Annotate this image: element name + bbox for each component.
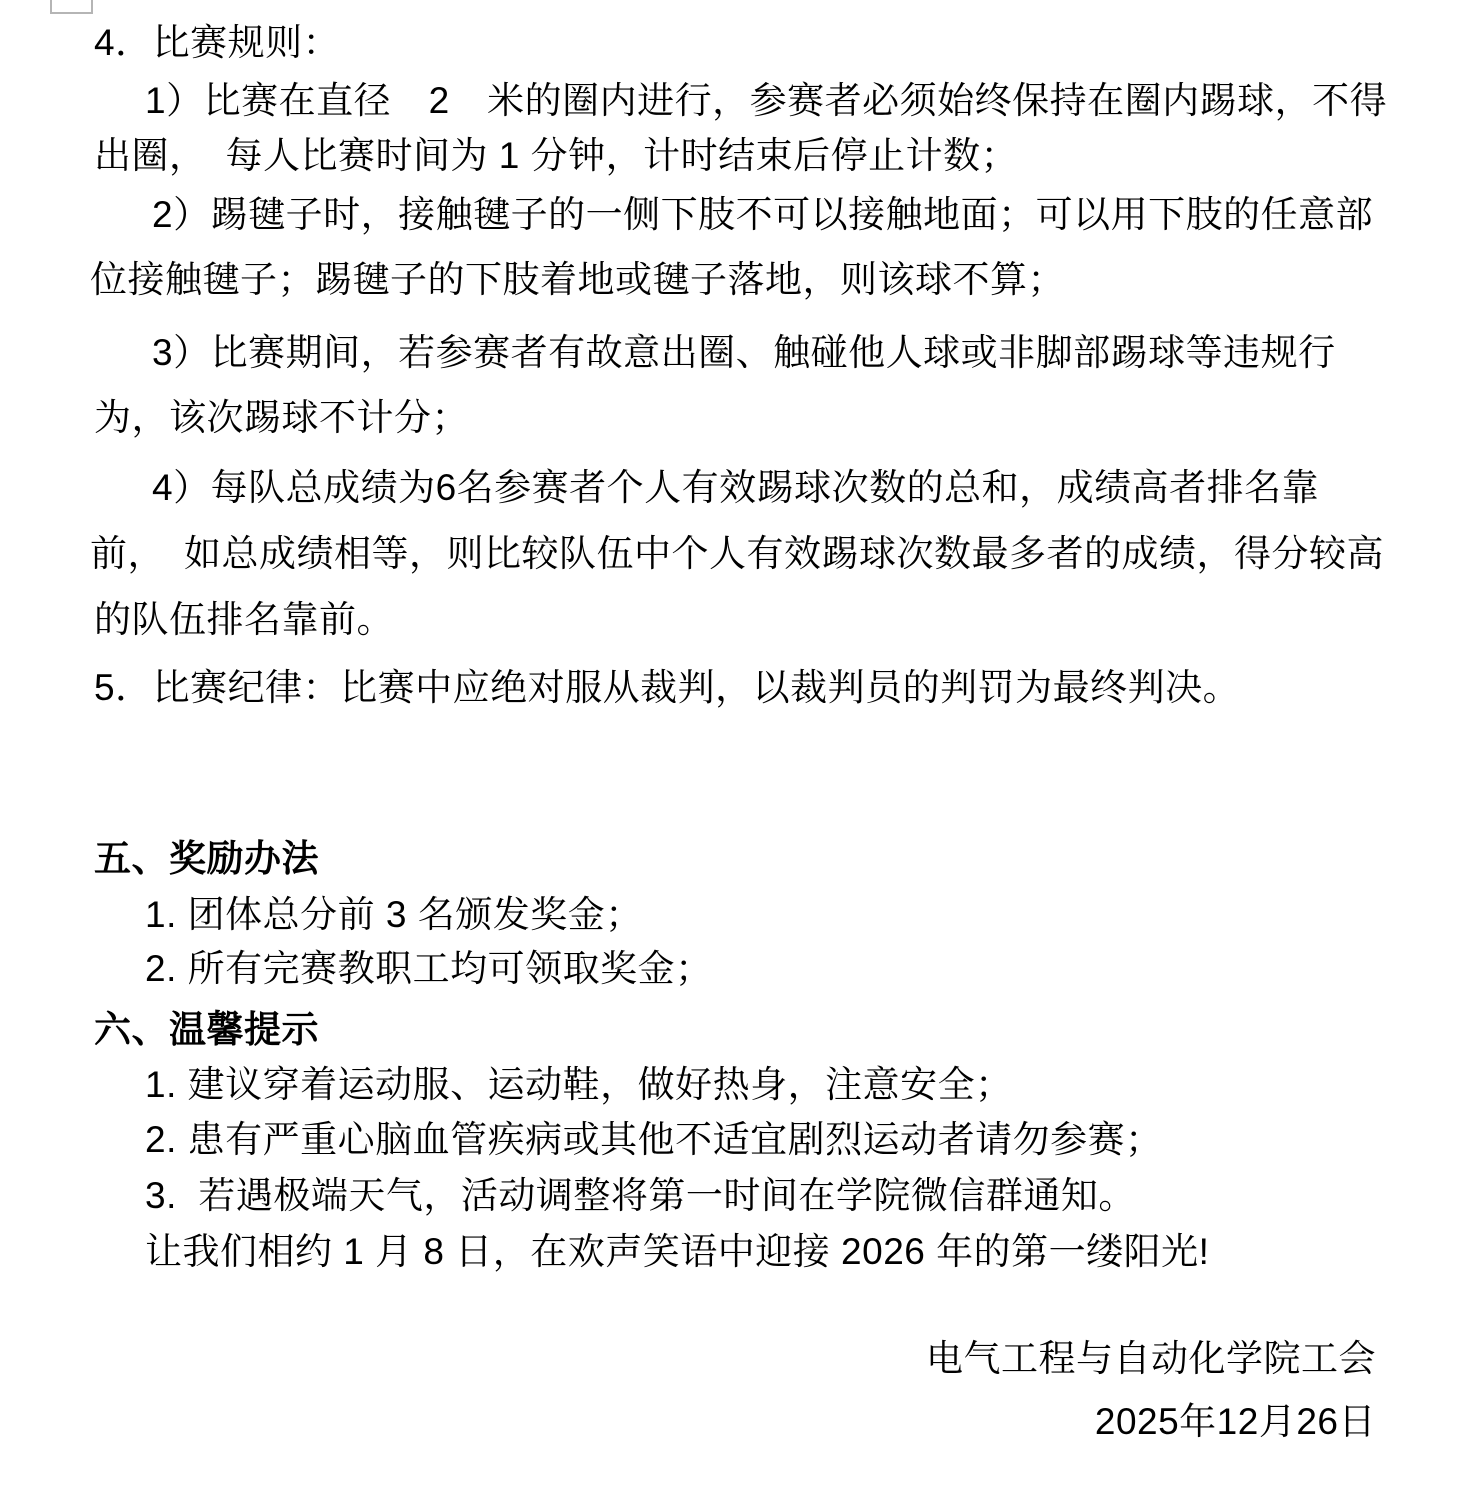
rewards-section-heading: 五、奖励办法 [94,836,319,882]
rule-item-2-line-1: 2）踢毽子时，接触毽子的一侧下肢不可以接触地面；可以用下肢的任意部 [152,192,1373,238]
rule-item-4-line-1: 4）每队总成绩为6名参赛者个人有效踢球次数的总和，成绩高者排名靠 [152,465,1319,511]
rule-item-4-line-2: 前， 如总成绩相等，则比较队伍中个人有效踢球次数最多者的成绩，得分较高 [90,531,1384,577]
closing-invitation-line: 让我们相约 1 月 8 日，在欢声笑语中迎接 2026 年的第一缕阳光! [145,1229,1209,1275]
rule-item-1-line-2: 出圈， 每人比赛时间为 1 分钟，计时结束后停止计数； [94,133,1018,179]
page-margin-crop-mark [50,0,93,14]
signature-organization: 电气工程与自动化学院工会 [926,1336,1376,1382]
tips-item-3: 3. 若遇极端天气，活动调整将第一时间在学院微信群通知。 [145,1173,1136,1219]
rewards-item-2: 2. 所有完赛教职工均可领取奖金； [145,946,713,992]
rules-section-heading: 4．比赛规则： [94,20,340,66]
rule-item-1-line-1: 1）比赛在直径 2 米的圈内进行，参赛者必须始终保持在圈内踢球，不得 [145,78,1387,124]
rewards-item-1: 1. 团体总分前 3 名颁发奖金； [145,892,643,938]
rule-item-3-line-1: 3）比赛期间，若参赛者有故意出圈、触碰他人球或非脚部踢球等违规行 [152,330,1336,376]
tips-item-1: 1. 建议穿着运动服、运动鞋，做好热身，注意安全； [145,1062,1013,1108]
tips-item-2: 2. 患有严重心脑血管疾病或其他不适宜剧烈运动者请勿参赛； [145,1117,1163,1163]
rule-item-3-line-2: 为，该次踢球不计分； [94,395,469,441]
rule-item-4-line-3: 的队伍排名靠前。 [94,597,394,643]
document-page: 4．比赛规则： 1）比赛在直径 2 米的圈内进行，参赛者必须始终保持在圈内踢球，… [0,0,1477,1504]
discipline-section-line: 5．比赛纪律：比赛中应绝对服从裁判，以裁判员的判罚为最终判决。 [94,665,1240,711]
rule-item-2-line-2: 位接触毽子；踢毽子的下肢着地或毽子落地，则该球不算； [90,257,1065,303]
signature-date: 2025年12月26日 [1095,1399,1376,1445]
tips-section-heading: 六、温馨提示 [94,1007,319,1053]
